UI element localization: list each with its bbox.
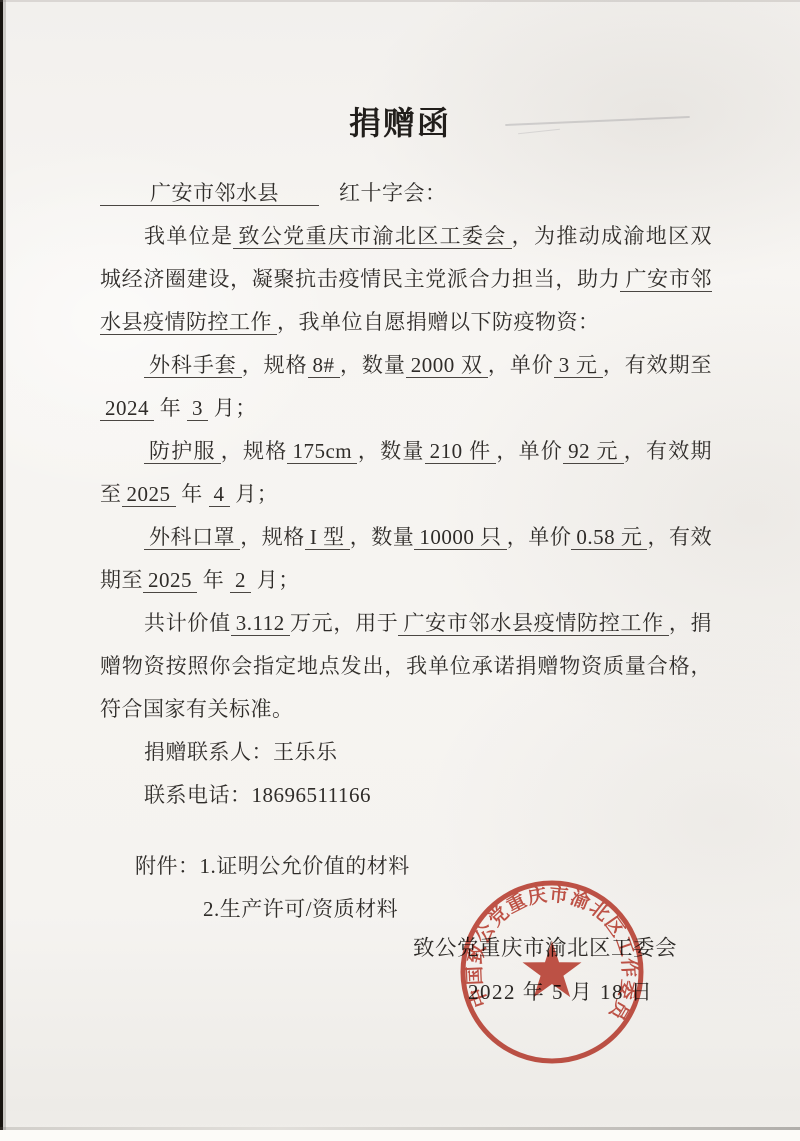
text-segment: 年 bbox=[176, 482, 209, 506]
text-segment: 共计价值 bbox=[144, 611, 231, 635]
seal-star-icon bbox=[523, 941, 582, 997]
text-segment: ，单价 bbox=[507, 525, 572, 549]
official-seal-stamp: 中国致公党重庆市渝北区工作委员会 bbox=[456, 876, 648, 1068]
text-segment: 月； bbox=[230, 482, 279, 506]
item-protective-suits: 防护服，规格175cm，数量210 件，单价92 元，有效期至2025 年 4 … bbox=[100, 430, 712, 516]
salutation-suffix: 红十字会： bbox=[339, 181, 447, 205]
scan-paper-bottom bbox=[0, 1130, 800, 1141]
underlined-fill-in-value: 2000 双 bbox=[406, 353, 488, 378]
text-segment: 月； bbox=[208, 396, 257, 420]
text-segment: 年 bbox=[197, 568, 230, 592]
text-segment: 我单位是 bbox=[144, 224, 233, 248]
document-body: 广安市邻水县红十字会： 我单位是致公党重庆市渝北区工委会，为推动成渝地区双城经济… bbox=[100, 172, 712, 931]
text-segment: ，数量 bbox=[350, 525, 415, 549]
underlined-fill-in-value: 外科手套 bbox=[144, 353, 242, 378]
underlined-fill-in-value: 2025 bbox=[143, 568, 197, 593]
underlined-fill-in-value: I 型 bbox=[305, 525, 350, 550]
underlined-fill-in-value: 4 bbox=[209, 482, 230, 507]
attachment-item-1: 1.证明公允价值的材料 bbox=[200, 854, 410, 878]
underlined-fill-in-value: 92 元 bbox=[563, 439, 624, 464]
item-surgical-gloves: 外科手套，规格8#，数量2000 双，单价3 元，有效期至2024 年 3 月； bbox=[100, 344, 712, 430]
underlined-fill-in-value: 2024 bbox=[100, 396, 154, 421]
underlined-fill-in-value: 0.58 元 bbox=[571, 525, 647, 550]
underlined-fill-in-value: 致公党重庆市渝北区工委会 bbox=[233, 224, 511, 249]
underlined-fill-in-value: 175cm bbox=[287, 439, 357, 464]
underlined-fill-in-value: 10000 只 bbox=[414, 525, 506, 550]
recipient-blank: 广安市邻水县 bbox=[100, 181, 319, 206]
underlined-fill-in-value: 防护服 bbox=[144, 439, 221, 464]
text-segment: ，规格 bbox=[240, 525, 305, 549]
text-segment: 月； bbox=[251, 568, 300, 592]
text-segment: ，单价 bbox=[496, 439, 563, 463]
underlined-fill-in-value: 2025 bbox=[122, 482, 176, 507]
text-segment: ，数量 bbox=[340, 353, 406, 377]
text-segment: ，单价 bbox=[488, 353, 554, 377]
intro-paragraph: 我单位是致公党重庆市渝北区工委会，为推动成渝地区双城经济圈建设，凝聚抗击疫情民主… bbox=[100, 215, 712, 344]
underlined-fill-in-value: 广安市邻水县疫情防控工作 bbox=[398, 611, 668, 636]
total-value-paragraph: 共计价值3.112万元，用于广安市邻水县疫情防控工作，捐赠物资按照你会指定地点发… bbox=[100, 602, 712, 731]
attachments-label: 附件： bbox=[135, 854, 200, 878]
text-segment: ，规格 bbox=[221, 439, 288, 463]
scan-edge-top bbox=[0, 0, 800, 2]
text-segment: 万元，用于 bbox=[290, 611, 399, 635]
underlined-fill-in-value: 2 bbox=[230, 568, 251, 593]
underlined-fill-in-value: 3 元 bbox=[554, 353, 603, 378]
text-segment: 年 bbox=[154, 396, 187, 420]
item-surgical-masks: 外科口罩，规格I 型，数量10000 只，单价0.58 元，有效期至2025 年… bbox=[100, 516, 712, 602]
underlined-fill-in-value: 3 bbox=[187, 396, 208, 421]
text-segment: ，规格 bbox=[242, 353, 308, 377]
scanned-donation-letter: 捐赠函 广安市邻水县红十字会： 我单位是致公党重庆市渝北区工委会，为推动成渝地区… bbox=[0, 0, 800, 1141]
underlined-fill-in-value: 3.112 bbox=[231, 611, 290, 636]
underlined-fill-in-value: 8# bbox=[308, 353, 340, 378]
text-segment: ，我单位自愿捐赠以下防疫物资： bbox=[277, 310, 600, 334]
scan-edge-left-soft bbox=[3, 0, 6, 1141]
text-segment: ，有效期至 bbox=[603, 353, 712, 377]
contact-person-line: 捐赠联系人：王乐乐 bbox=[100, 731, 712, 774]
seal-arc-text: 中国致公党重庆市渝北区工作委员会 bbox=[456, 876, 641, 1025]
document-title: 捐赠函 bbox=[0, 98, 800, 144]
salutation-line: 广安市邻水县红十字会： bbox=[100, 172, 712, 215]
text-segment: ，数量 bbox=[357, 439, 424, 463]
underlined-fill-in-value: 210 件 bbox=[425, 439, 497, 464]
underlined-fill-in-value: 外科口罩 bbox=[144, 525, 240, 550]
contact-phone-line: 联系电话：18696511166 bbox=[100, 774, 712, 817]
